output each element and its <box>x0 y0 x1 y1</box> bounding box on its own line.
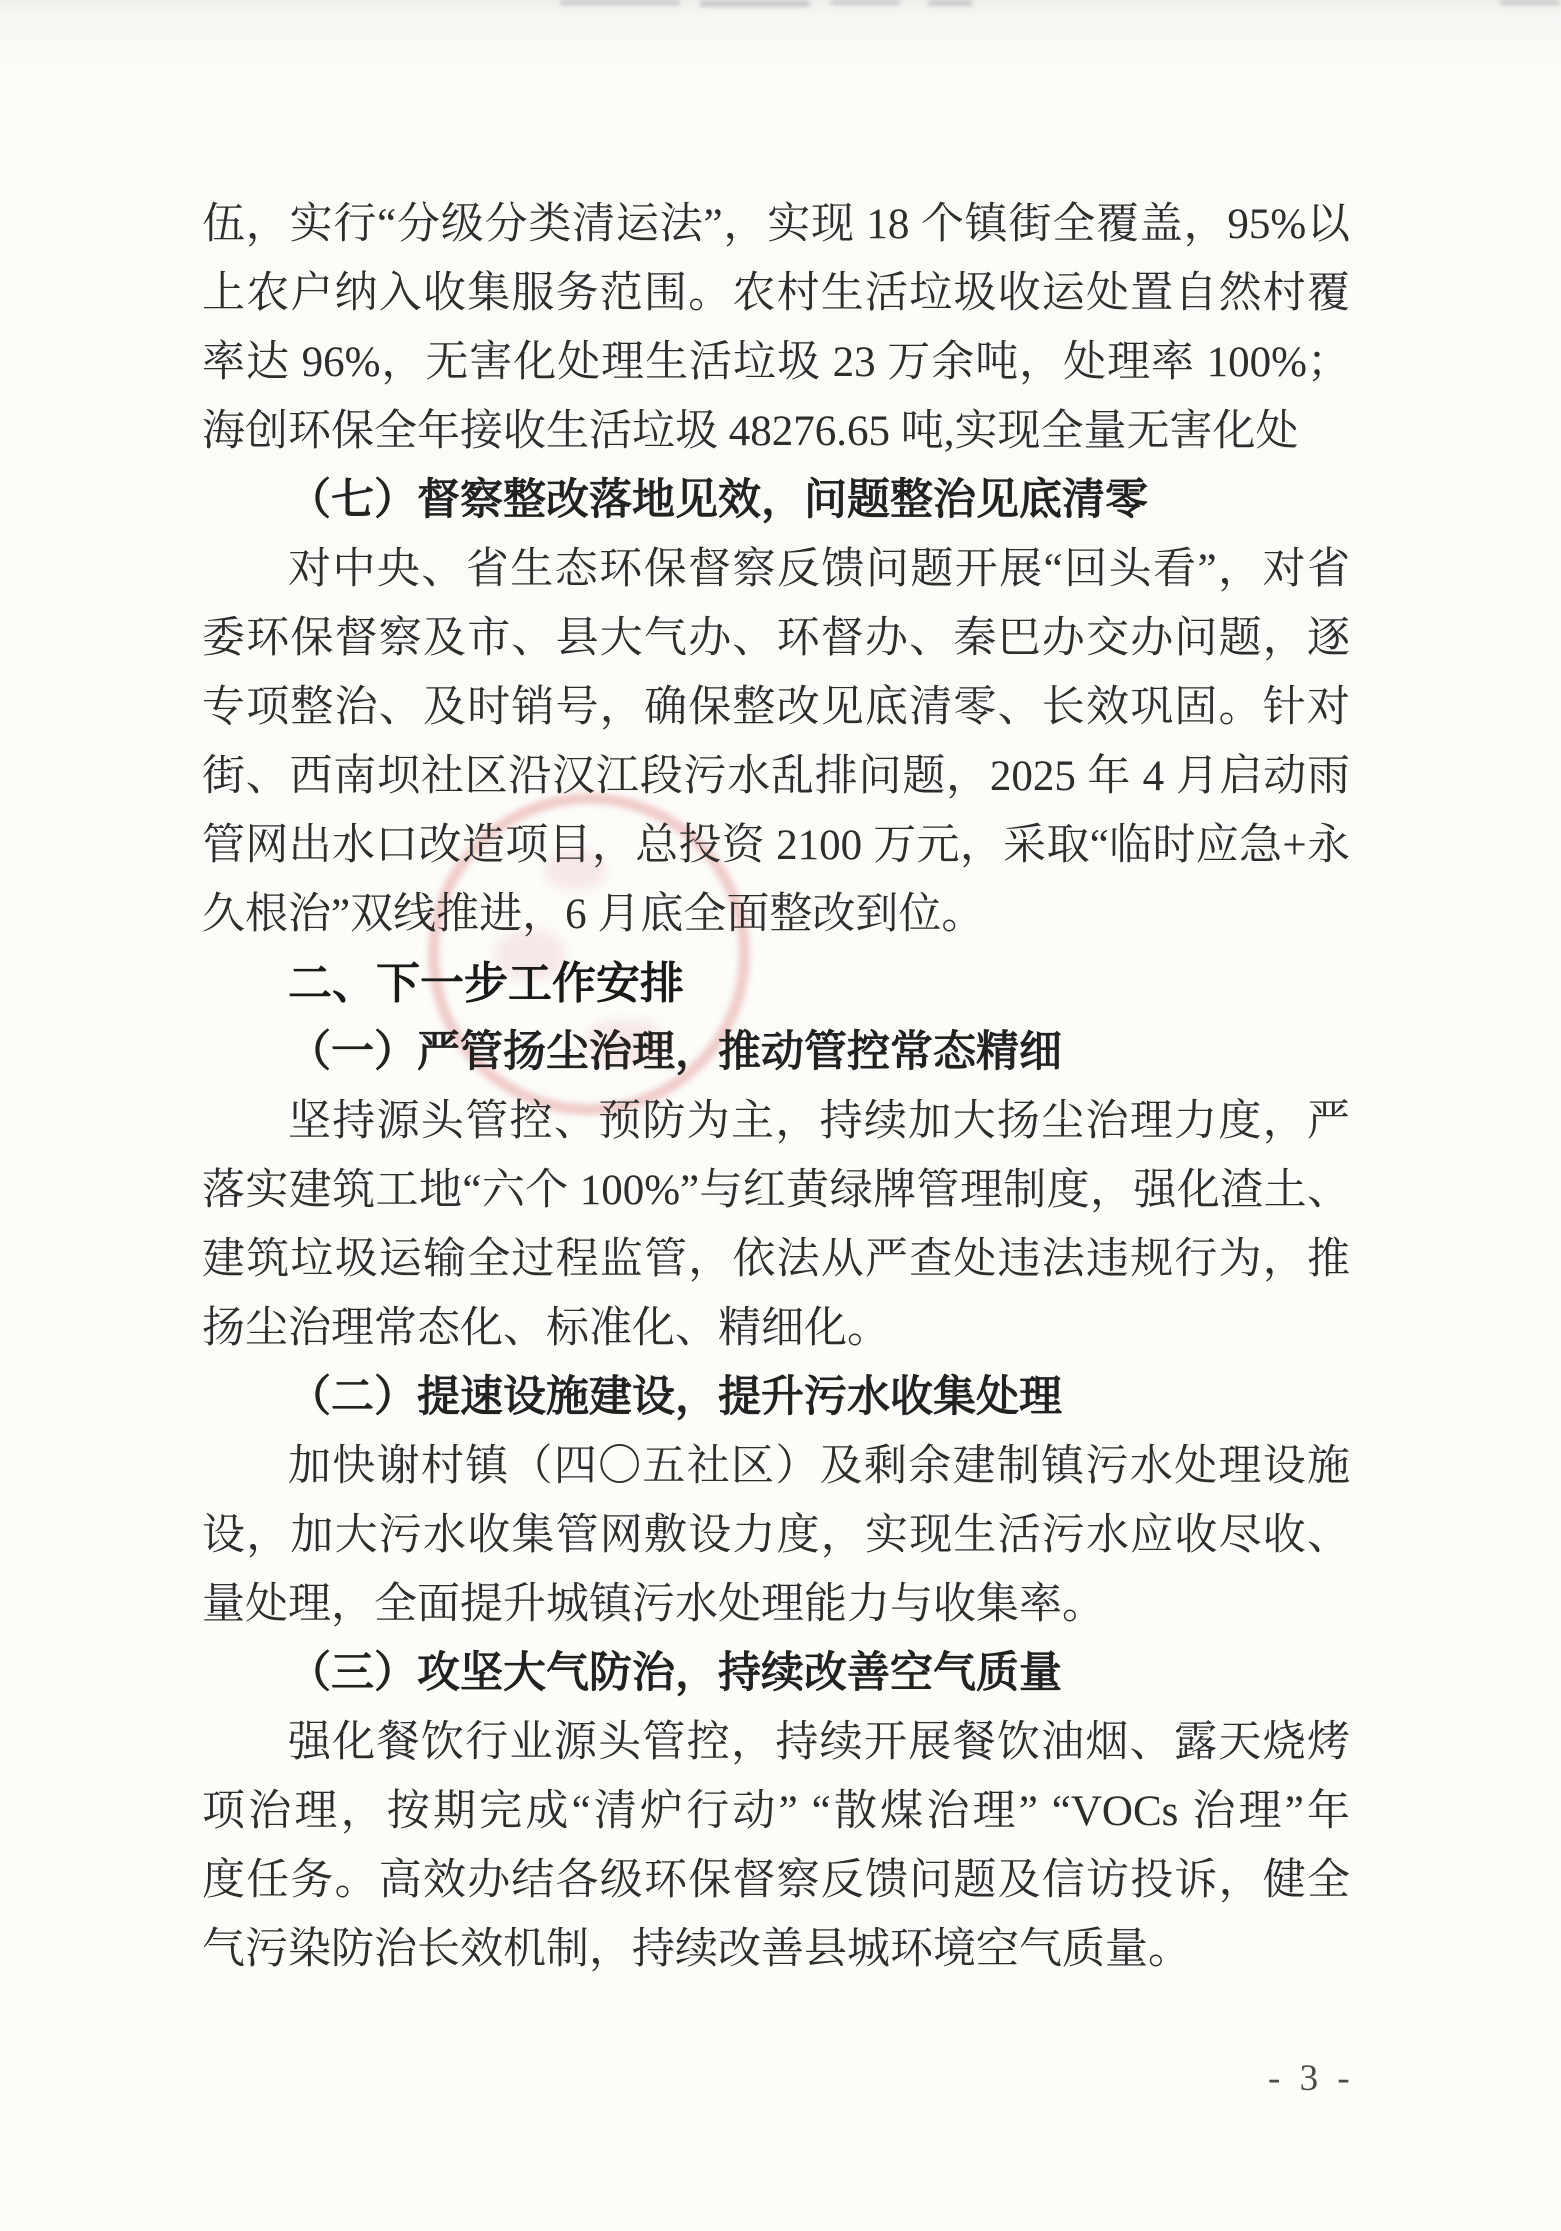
doc-line: 量处理，全面提升城镇污水处理能力与收集率。 <box>202 1570 1350 1639</box>
section-heading-seven: （七）督察整改落地见效，问题整治见底清零 <box>202 466 1350 535</box>
section-heading-one: （一）严管扬尘治理，推动管控常态精细 <box>202 1018 1350 1087</box>
doc-line: 建筑垃圾运输全过程监管，依法从严查处违法违规行为，推动 <box>202 1225 1350 1294</box>
doc-line: 海创环保全年接收生活垃圾 48276.65 吨,实现全量无害化处置。 <box>202 397 1350 466</box>
chapter-heading-two: 二、下一步工作安排 <box>202 949 1350 1018</box>
section-heading-three: （三）攻坚大气防治，持续改善空气质量 <box>202 1639 1350 1708</box>
doc-line: 落实建筑工地“六个 100%”与红黄绿牌管理制度，强化渣土、 <box>202 1156 1350 1225</box>
doc-line: 伍，实行“分级分类清运法”，实现 18 个镇街全覆盖，95%以 <box>202 190 1350 259</box>
doc-line: 项治理，按期完成“清炉行动” “散煤治理” “VOCs 治理”年 <box>202 1777 1350 1846</box>
doc-line: 率达 96%，无害化处理生活垃圾 23 万余吨，处理率 100%；洋县 <box>202 328 1350 397</box>
page-number: - 3 - <box>1268 2057 1355 2100</box>
doc-line: 专项整治、及时销号，确保整改见底清零、长效巩固。针对南 <box>202 673 1350 742</box>
document-text-block: 伍，实行“分级分类清运法”，实现 18 个镇街全覆盖，95%以 上农户纳入收集服… <box>202 190 1350 1984</box>
doc-line: 上农户纳入收集服务范围。农村生活垃圾收运处置自然村覆盖 <box>202 259 1350 328</box>
doc-line: 委环保督察及市、县大气办、环督办、秦巴办交办问题，逐项 <box>202 604 1350 673</box>
scan-artifact <box>700 0 810 7</box>
doc-line: 度任务。高效办结各级环保督察反馈问题及信访投诉，健全大 <box>202 1846 1350 1915</box>
doc-line: 气污染防治长效机制，持续改善县城环境空气质量。 <box>202 1915 1350 1984</box>
section-heading-two: （二）提速设施建设，提升污水收集处理 <box>202 1363 1350 1432</box>
doc-line: 设，加大污水收集管网敷设力度，实现生活污水应收尽收、全 <box>202 1501 1350 1570</box>
scan-artifact <box>830 0 900 5</box>
doc-line: 久根治”双线推进，6 月底全面整改到位。 <box>202 880 1350 949</box>
doc-line: 扬尘治理常态化、标准化、精细化。 <box>202 1294 1350 1363</box>
doc-line: 坚持源头管控、预防为主，持续加大扬尘治理力度，严格 <box>202 1087 1350 1156</box>
doc-line: 强化餐饮行业源头管控，持续开展餐饮油烟、露天烧烤专 <box>202 1708 1350 1777</box>
doc-line: 对中央、省生态环保督察反馈问题开展“回头看”，对省 <box>202 535 1350 604</box>
doc-line: 街、西南坝社区沿汉江段污水乱排问题，2025 年 4 月启动雨污 <box>202 742 1350 811</box>
scanned-document-page: 伍，实行“分级分类清运法”，实现 18 个镇街全覆盖，95%以 上农户纳入收集服… <box>0 0 1561 2231</box>
doc-line: 加快谢村镇（四〇五社区）及剩余建制镇污水处理设施建 <box>202 1432 1350 1501</box>
doc-line: 管网出水口改造项目，总投资 2100 万元，采取“临时应急+永 <box>202 811 1350 880</box>
scan-artifact <box>1500 0 1560 5</box>
scan-artifact <box>928 0 973 6</box>
scan-artifact <box>560 0 680 5</box>
